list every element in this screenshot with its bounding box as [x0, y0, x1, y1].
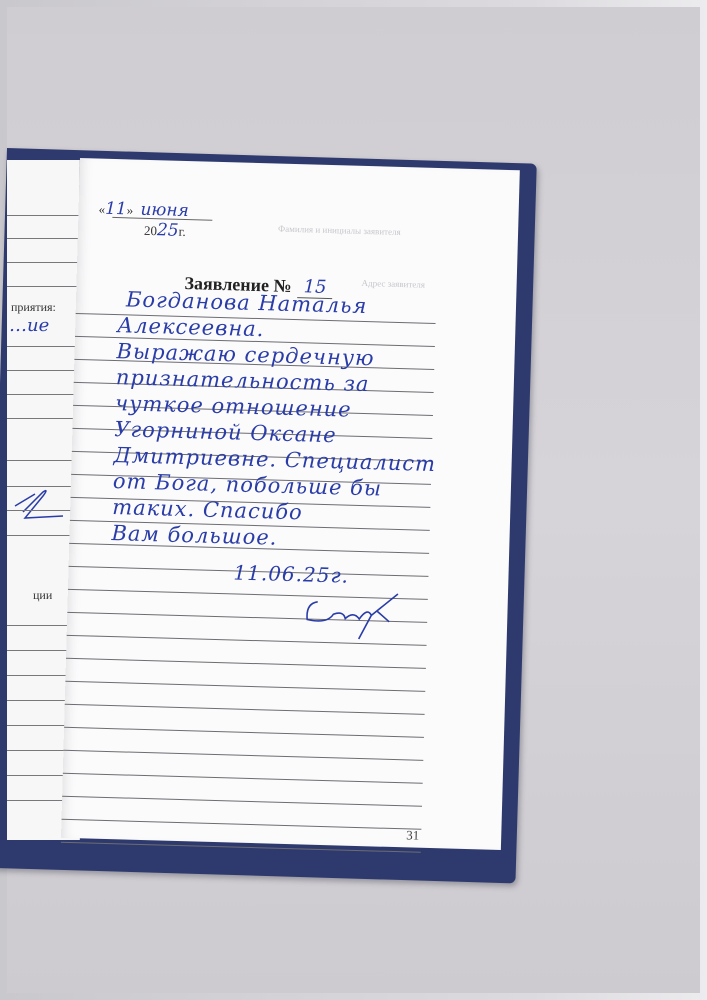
printed-label-fragment: приятия:	[11, 300, 56, 315]
printed-label-fragment: ции	[33, 588, 52, 603]
ruled-line	[65, 681, 425, 692]
date-close-quote: »	[127, 202, 134, 217]
date-year-prefix: 20	[144, 223, 157, 238]
handwritten-fragment: …ие	[9, 315, 49, 336]
left-signature-icon	[13, 486, 73, 522]
ruled-line	[62, 796, 422, 807]
ruled-line	[62, 819, 422, 830]
ruled-line	[7, 370, 79, 371]
date-suffix: г.	[178, 224, 186, 239]
handwritten-line: Вам большое.	[111, 521, 278, 550]
print-through-text: Адрес заявителя	[361, 278, 425, 290]
ruled-line	[7, 460, 79, 461]
ruled-line	[64, 727, 424, 738]
handwritten-line: таких. Спасибо	[112, 495, 303, 524]
ruled-line	[7, 510, 79, 511]
ruled-line	[7, 394, 79, 395]
ruled-line	[65, 704, 425, 715]
ruled-line	[7, 535, 79, 536]
ruled-line	[7, 238, 79, 239]
right-page: Фамилия и инициалы заявителя Адрес заяви…	[61, 158, 520, 850]
page-number: 31	[406, 827, 419, 843]
signature-icon	[297, 589, 408, 642]
ruled-line	[63, 750, 423, 761]
ruled-line	[7, 215, 79, 216]
ruled-line	[7, 418, 79, 419]
print-through-text: Фамилия и инициалы заявителя	[278, 224, 401, 237]
ruled-line	[7, 346, 79, 347]
ruled-line	[66, 658, 426, 669]
handwritten-line: Угорниной Оксане	[114, 417, 337, 447]
ruled-line	[7, 286, 79, 287]
handwritten-line: Алексеевна.	[117, 313, 265, 341]
entry-date: «11» июня 2025г.	[98, 199, 279, 244]
signed-date: 11.06.25г.	[233, 560, 349, 587]
ruled-line	[7, 262, 79, 263]
ruled-line	[63, 773, 423, 784]
date-year-suffix: 25	[157, 220, 179, 241]
